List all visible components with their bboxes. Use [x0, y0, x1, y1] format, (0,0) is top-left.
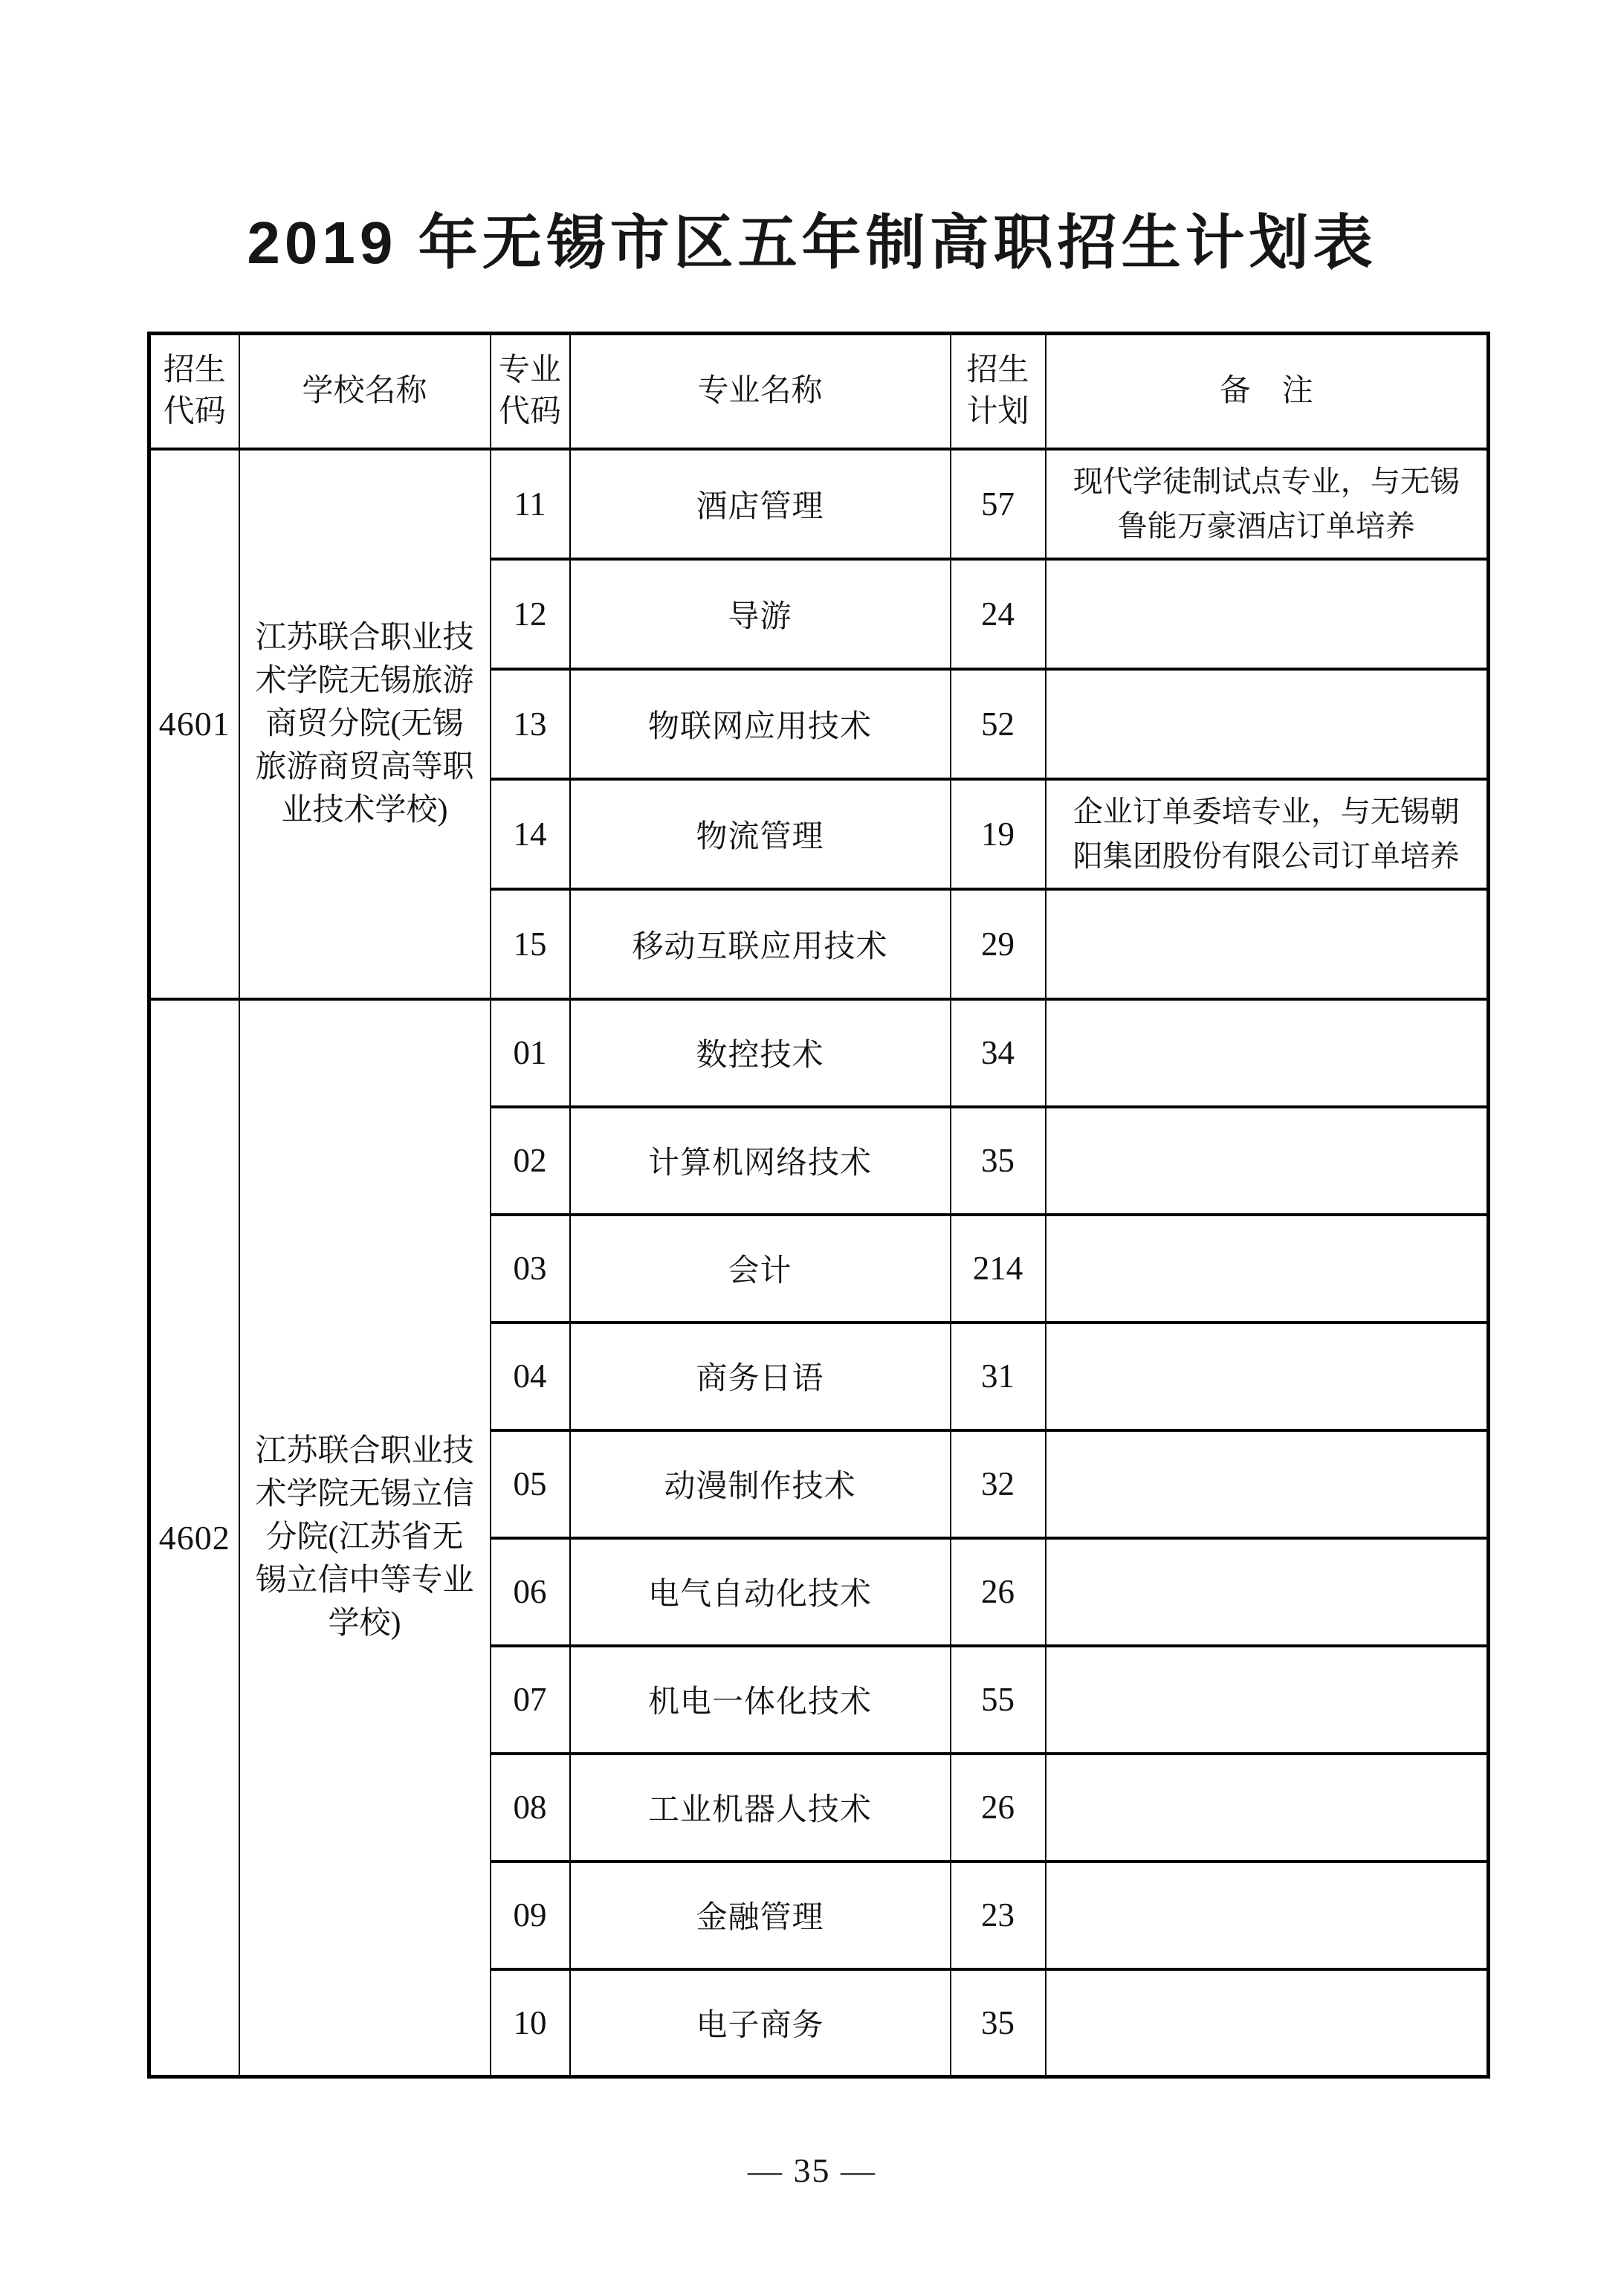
remark-cell [1046, 1646, 1489, 1754]
major-code-cell: 05 [491, 1430, 570, 1538]
plan-cell: 23 [951, 1861, 1046, 1969]
remark-cell: 现代学徒制试点专业，与无锡 鲁能万豪酒店订单培养 [1046, 449, 1489, 559]
remark-cell [1046, 889, 1489, 999]
remark-cell [1046, 999, 1489, 1107]
school-name-cell: 江苏联合职业技 术学院无锡立信 分院(江苏省无 锡立信中等专业 学校) [239, 999, 491, 2077]
header-enroll-plan: 招生 计划 [951, 334, 1046, 449]
plan-cell: 26 [951, 1538, 1046, 1646]
major-name-cell: 工业机器人技术 [570, 1754, 951, 1861]
major-name-cell: 会计 [570, 1215, 951, 1323]
school-code-cell: 4601 [149, 449, 239, 999]
school-section-4601: 4601 江苏联合职业技 术学院无锡旅游 商贸分院(无锡 旅游商贸高等职 业技术… [149, 449, 1489, 999]
major-code-cell: 08 [491, 1754, 570, 1861]
major-code-cell: 15 [491, 889, 570, 999]
remark-cell [1046, 1215, 1489, 1323]
major-code-cell: 06 [491, 1538, 570, 1646]
major-name-cell: 计算机网络技术 [570, 1107, 951, 1215]
remark-cell [1046, 1107, 1489, 1215]
major-code-cell: 12 [491, 559, 570, 669]
remark-cell: 企业订单委培专业，与无锡朝 阳集团股份有限公司订单培养 [1046, 779, 1489, 889]
major-code-cell: 10 [491, 1969, 570, 2077]
major-name-cell: 导游 [570, 559, 951, 669]
header-school-name: 学校名称 [239, 334, 491, 449]
plan-cell: 52 [951, 669, 1046, 779]
major-code-cell: 03 [491, 1215, 570, 1323]
major-name-cell: 数控技术 [570, 999, 951, 1107]
page-number: — 35 — [0, 2147, 1624, 2195]
remark-cell [1046, 1538, 1489, 1646]
header-major-code: 专业 代码 [491, 334, 570, 449]
plan-cell: 31 [951, 1323, 1046, 1430]
plan-cell: 26 [951, 1754, 1046, 1861]
remark-cell [1046, 1323, 1489, 1430]
major-name-cell: 酒店管理 [570, 449, 951, 559]
major-code-cell: 11 [491, 449, 570, 559]
remark-cell [1046, 559, 1489, 669]
header-major-name: 专业名称 [570, 334, 951, 449]
remark-cell [1046, 669, 1489, 779]
plan-cell: 35 [951, 1107, 1046, 1215]
school-name-cell: 江苏联合职业技 术学院无锡旅游 商贸分院(无锡 旅游商贸高等职 业技术学校) [239, 449, 491, 999]
major-code-cell: 07 [491, 1646, 570, 1754]
plan-cell: 34 [951, 999, 1046, 1107]
major-name-cell: 商务日语 [570, 1323, 951, 1430]
major-name-cell: 物联网应用技术 [570, 669, 951, 779]
plan-cell: 35 [951, 1969, 1046, 2077]
document-page: 2019 年无锡市区五年制高职招生计划表 招生 代码 学校名称 专业 代码 专业… [0, 0, 1624, 2283]
major-name-cell: 电气自动化技术 [570, 1538, 951, 1646]
table-row: 4601 江苏联合职业技 术学院无锡旅游 商贸分院(无锡 旅游商贸高等职 业技术… [149, 449, 1489, 559]
major-code-cell: 09 [491, 1861, 570, 1969]
header-enroll-code: 招生 代码 [149, 334, 239, 449]
header-remark: 备 注 [1046, 334, 1489, 449]
remark-cell [1046, 1969, 1489, 2077]
major-code-cell: 04 [491, 1323, 570, 1430]
school-code-cell: 4602 [149, 999, 239, 2077]
major-code-cell: 14 [491, 779, 570, 889]
enrollment-plan-table: 招生 代码 学校名称 专业 代码 专业名称 招生 计划 备 注 4601 江苏联… [147, 332, 1490, 2079]
major-name-cell: 移动互联应用技术 [570, 889, 951, 999]
remark-cell [1046, 1430, 1489, 1538]
plan-cell: 29 [951, 889, 1046, 999]
school-section-4602: 4602 江苏联合职业技 术学院无锡立信 分院(江苏省无 锡立信中等专业 学校)… [149, 999, 1489, 2077]
remark-cell [1046, 1754, 1489, 1861]
major-code-cell: 13 [491, 669, 570, 779]
remark-cell [1046, 1861, 1489, 1969]
plan-cell: 32 [951, 1430, 1046, 1538]
plan-cell: 55 [951, 1646, 1046, 1754]
plan-cell: 57 [951, 449, 1046, 559]
header-row: 招生 代码 学校名称 专业 代码 专业名称 招生 计划 备 注 [149, 334, 1489, 449]
major-code-cell: 01 [491, 999, 570, 1107]
page-title: 2019 年无锡市区五年制高职招生计划表 [0, 202, 1624, 284]
major-name-cell: 动漫制作技术 [570, 1430, 951, 1538]
plan-cell: 24 [951, 559, 1046, 669]
table-header: 招生 代码 学校名称 专业 代码 专业名称 招生 计划 备 注 [149, 334, 1489, 449]
major-name-cell: 机电一体化技术 [570, 1646, 951, 1754]
major-name-cell: 金融管理 [570, 1861, 951, 1969]
major-name-cell: 电子商务 [570, 1969, 951, 2077]
plan-cell: 214 [951, 1215, 1046, 1323]
major-code-cell: 02 [491, 1107, 570, 1215]
major-name-cell: 物流管理 [570, 779, 951, 889]
table-row: 4602 江苏联合职业技 术学院无锡立信 分院(江苏省无 锡立信中等专业 学校)… [149, 999, 1489, 1107]
plan-cell: 19 [951, 779, 1046, 889]
